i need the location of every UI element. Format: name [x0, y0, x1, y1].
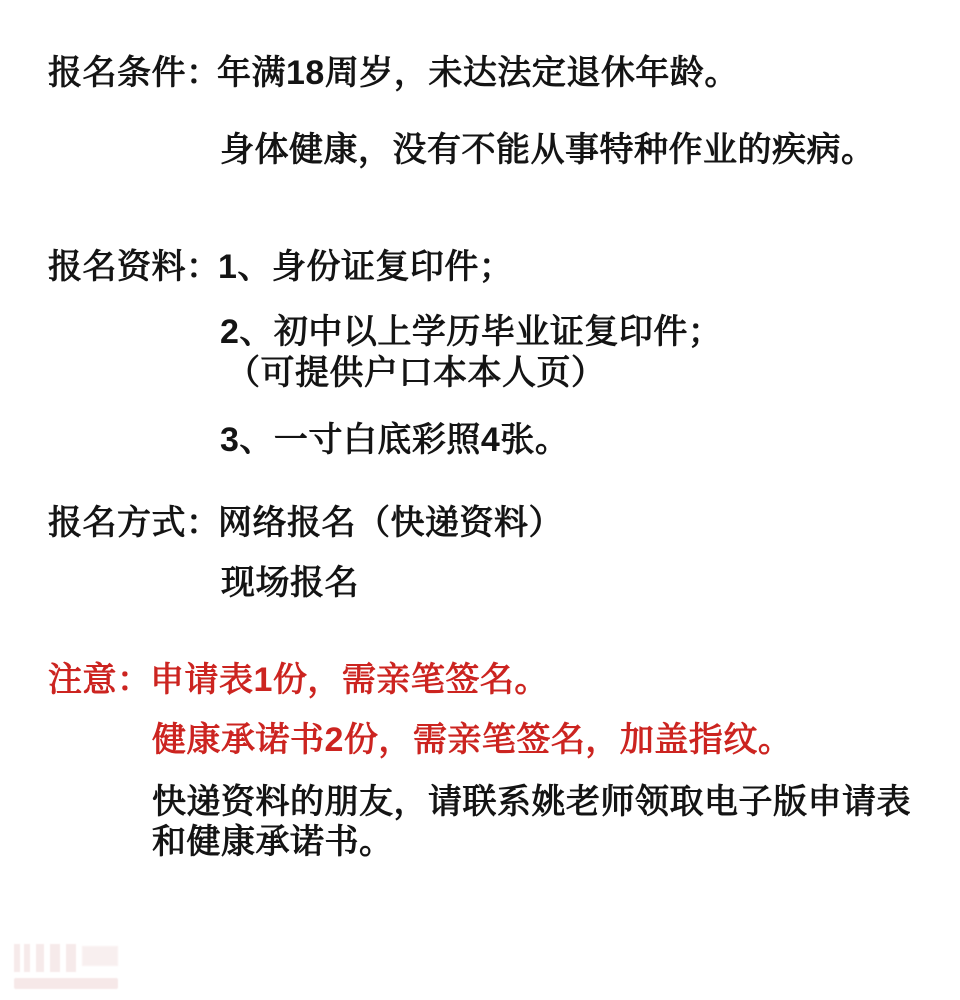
notice-page: 报名条件： 年满18周岁，未达法定退休年龄。 身体健康，没有不能从事特种作业的疾… [0, 0, 960, 1000]
method-line-online: 网络报名（快递资料） [218, 503, 563, 543]
materials-item-2-note: （可提供户口本本人页） [226, 353, 606, 393]
notice-red-line-application: 申请表1份，需亲笔签名。 [150, 660, 549, 700]
watermark [14, 940, 124, 992]
conditions-line-health: 身体健康，没有不能从事特种作业的疾病。 [220, 130, 876, 170]
watermark-logo-icon [14, 944, 76, 972]
materials-item-1: 1、身份证复印件； [218, 247, 513, 287]
conditions-label: 报名条件： [48, 53, 221, 93]
notice-red-line-health-letter: 健康承诺书2份，需亲笔签名，加盖指纹。 [152, 720, 792, 760]
materials-item-3: 3、一寸白底彩照4张。 [220, 420, 569, 460]
method-label: 报名方式： [48, 503, 221, 543]
method-line-onsite: 现场报名 [221, 563, 359, 603]
notice-label: 注意： [48, 660, 152, 700]
conditions-line-age: 年满18周岁，未达法定退休年龄。 [217, 53, 739, 93]
notice-black-line-1: 快递资料的朋友，请联系姚老师领取电子版申请表 [152, 782, 911, 822]
watermark-text-strip [14, 978, 118, 989]
materials-label: 报名资料： [48, 247, 221, 287]
watermark-block [82, 946, 118, 966]
notice-black-line-2: 和健康承诺书。 [152, 822, 394, 862]
materials-item-2: 2、初中以上学历毕业证复印件； [220, 312, 722, 352]
